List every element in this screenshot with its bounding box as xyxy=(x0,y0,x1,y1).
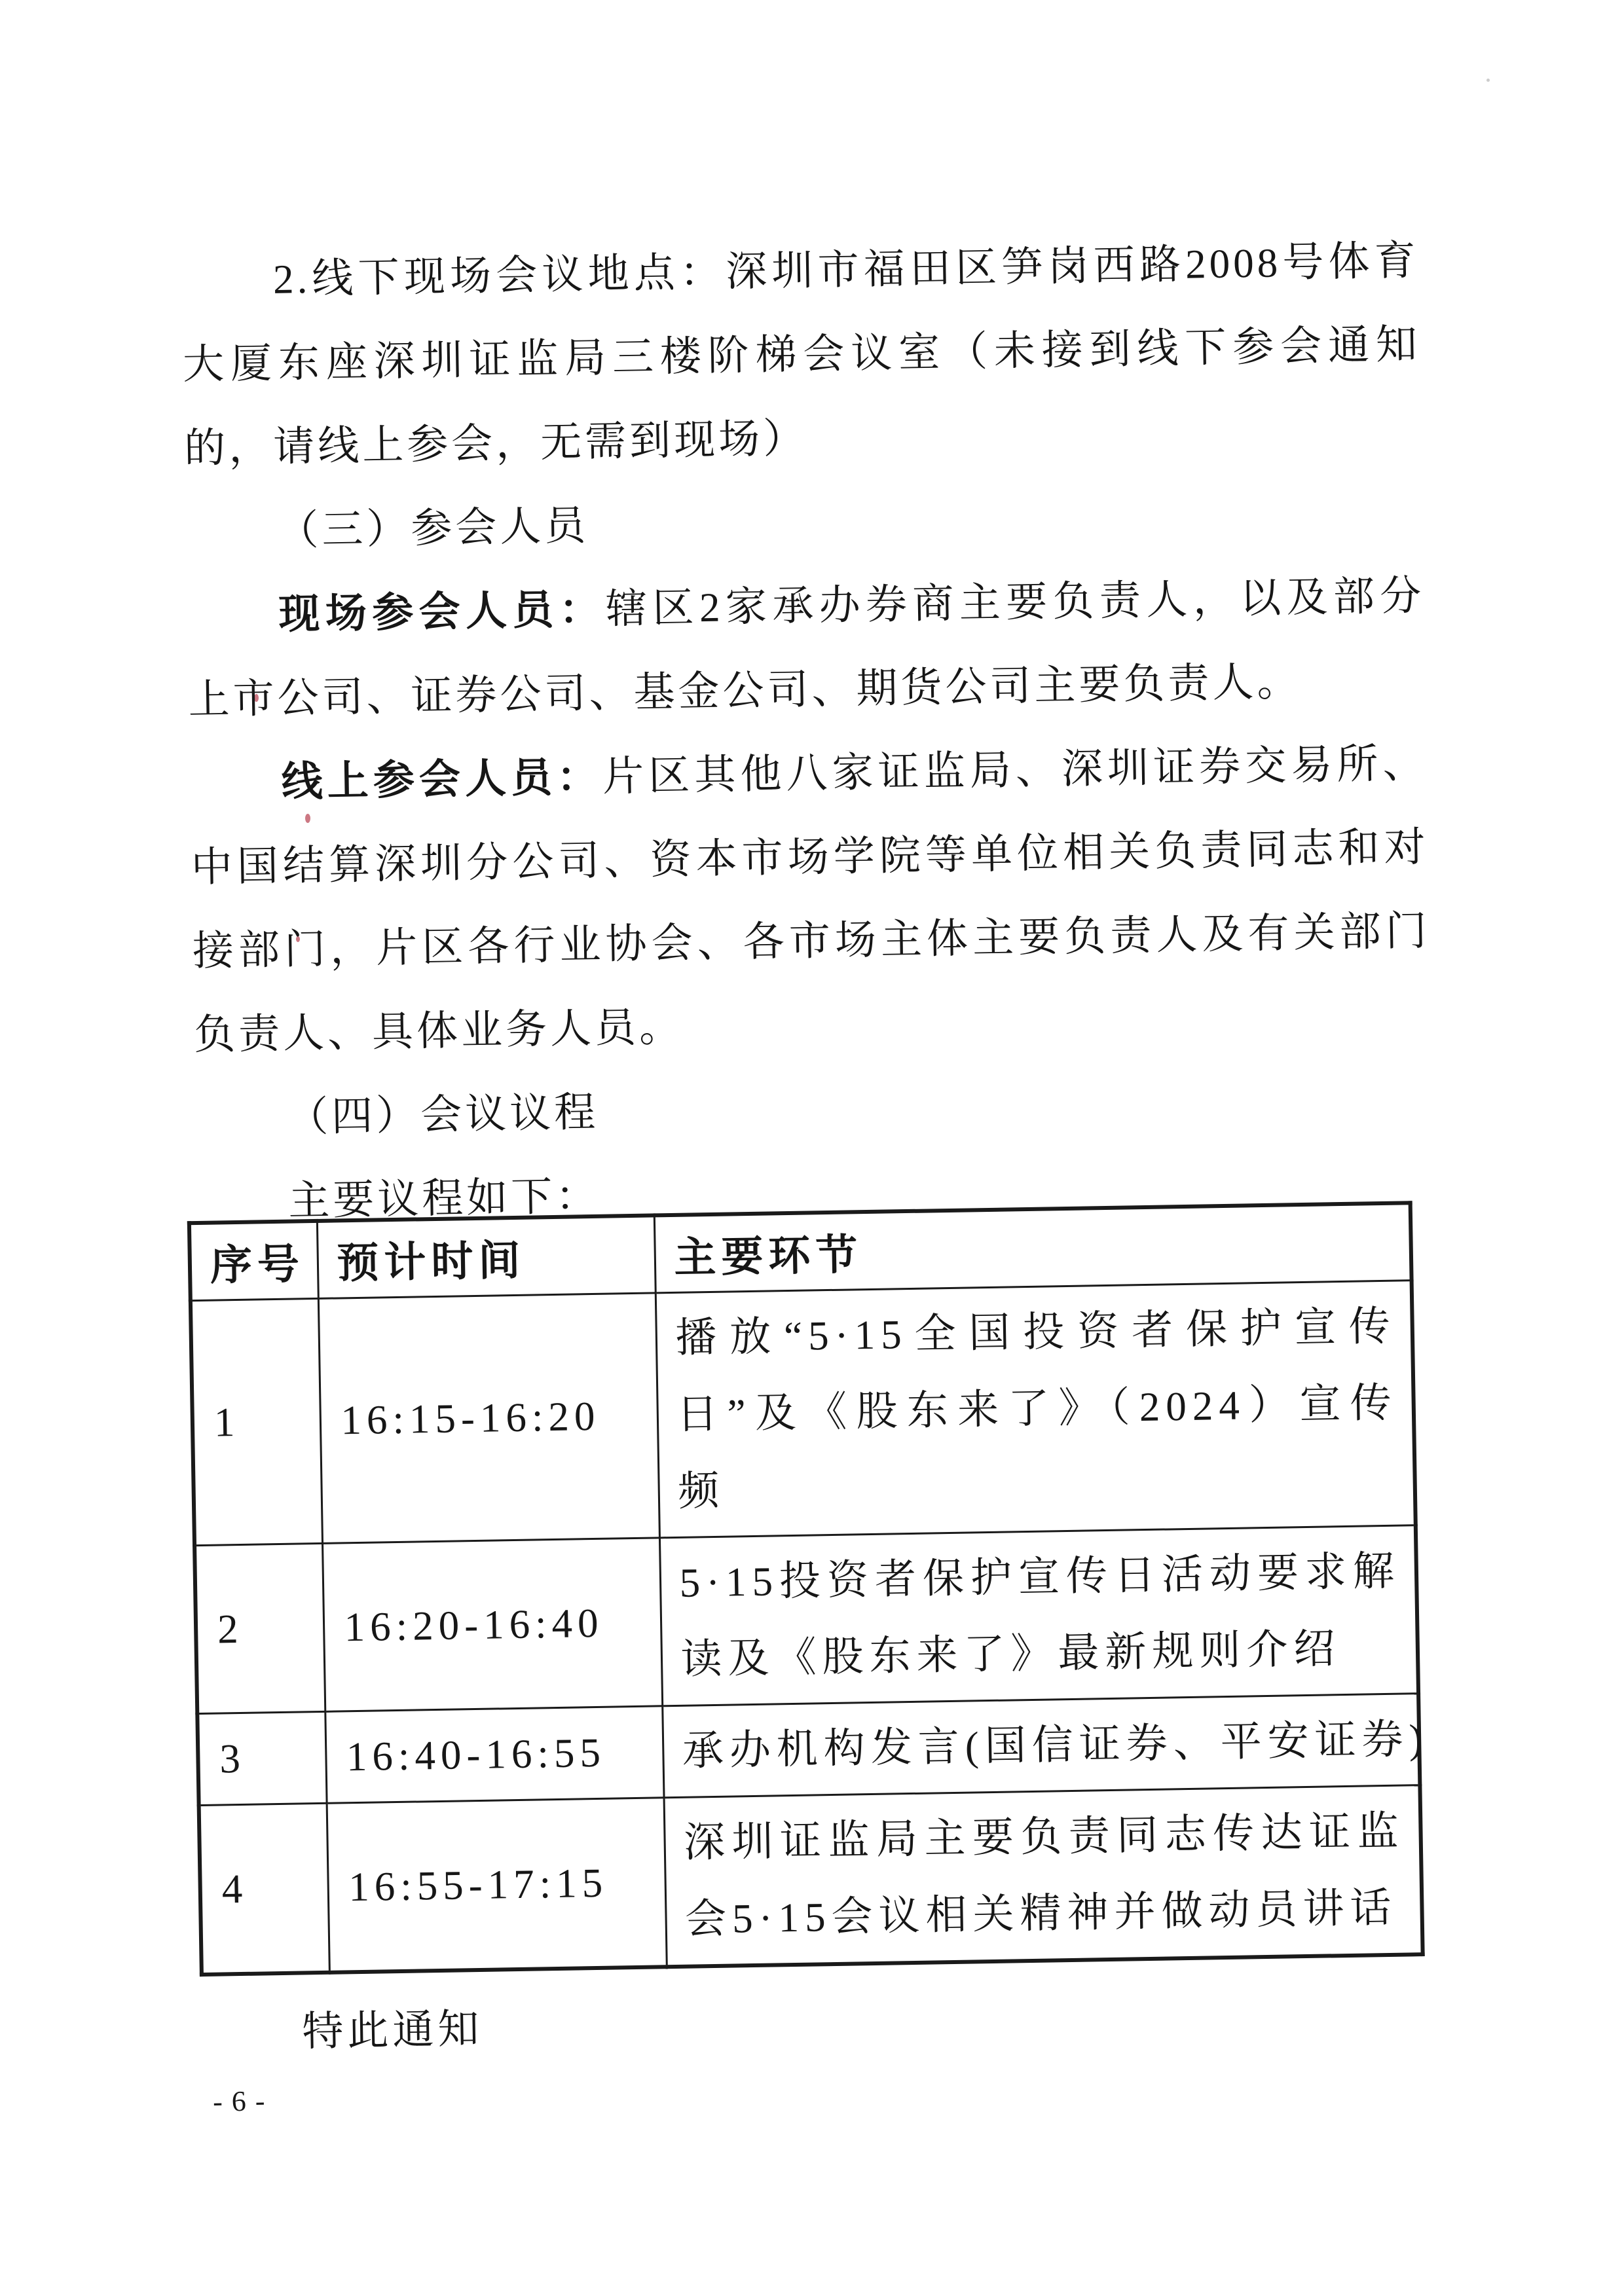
agenda-cell-item: 播放“5·15全国投资者保护宣传日”及《股东来了》（2024）宣传视频 xyxy=(655,1281,1416,1538)
agenda-row: 116:15-16:20播放“5·15全国投资者保护宣传日”及《股东来了》（20… xyxy=(191,1281,1416,1546)
agenda-item-line: 5·15投资者保护宣传日活动要求解 xyxy=(679,1533,1401,1622)
agenda-cell-time: 16:15-16:20 xyxy=(318,1293,659,1543)
body-line-bold-lead: 线上参会人员： xyxy=(281,754,603,805)
body-line-text: 2.线下现场会议地点：深圳市福田区笋岗西路2008号体育 xyxy=(272,238,1419,302)
page-number: -6- xyxy=(213,2084,274,2119)
agenda-header-no: 序号 xyxy=(189,1221,318,1301)
agenda-cell-no: 3 xyxy=(197,1711,326,1805)
body-line-text: 负责人、具体业务人员。 xyxy=(194,1004,684,1058)
agenda-row: 216:20-16:405·15投资者保护宣传日活动要求解读及《股东来了》最新规… xyxy=(194,1525,1418,1714)
body-line-text: 辖区2家承办券商主要负责人，以及部分 xyxy=(606,573,1425,632)
document-content: 2.线下现场会议地点：深圳市福田区笋岗西路2008号体育大厦东座深圳证监局三楼阶… xyxy=(181,219,1451,2236)
agenda-cell-item: 承办机构发言(国信证券、平安证券) xyxy=(662,1694,1420,1798)
agenda-item-line: 深圳证监局主要负责同志传达证监 xyxy=(683,1793,1405,1882)
agenda-cell-no: 1 xyxy=(191,1298,322,1545)
body-text: 2.线下现场会议地点：深圳市福田区笋岗西路2008号体育大厦东座深圳证监局三楼阶… xyxy=(181,219,1435,1245)
closing-line: 特此通知 xyxy=(302,1995,483,2058)
agenda-cell-item: 深圳证监局主要负责同志传达证监会5·15会议相关精神并做动员讲话 xyxy=(664,1785,1423,1967)
scanned-document-page: 2.线下现场会议地点：深圳市福田区笋岗西路2008号体育大厦东座深圳证监局三楼阶… xyxy=(0,0,1624,2296)
body-line-text: （四）会议议程 xyxy=(287,1089,599,1140)
body-line-text: 大厦东座深圳证监局三楼阶梯会议室（未接到线下参会通知 xyxy=(183,321,1421,388)
agenda-row: 416:55-17:15深圳证监局主要负责同志传达证监会5·15会议相关精神并做… xyxy=(199,1785,1423,1975)
body-line-text: 的，请线上参会，无需到现场） xyxy=(184,415,808,471)
body-line-text: 中国结算深圳分公司、资本市场学院等单位相关负责同志和对 xyxy=(191,824,1429,890)
agenda-item-line: 频 xyxy=(677,1442,1399,1530)
body-line-bold-lead: 现场参会人员： xyxy=(278,587,606,638)
scan-speck xyxy=(1486,79,1490,82)
agenda-item-line: 读及《股东来了》最新规则介绍 xyxy=(680,1610,1402,1698)
agenda-cell-time: 16:40-16:55 xyxy=(325,1706,663,1804)
agenda-item-line: 会5·15会议相关精神并做动员讲话 xyxy=(684,1870,1406,1958)
agenda-cell-no: 4 xyxy=(199,1803,329,1975)
agenda-item-line: 承办机构发言(国信证券、平安证券) xyxy=(682,1702,1403,1790)
agenda-cell-no: 2 xyxy=(194,1543,325,1713)
agenda-header-item: 主要环节 xyxy=(654,1203,1412,1293)
body-line-text: 接部门，片区各行业协会、各市场主体主要负责人及有关部门 xyxy=(192,908,1430,974)
agenda-header-time: 预计时间 xyxy=(317,1215,655,1298)
body-line-text: 上市公司、证券公司、基金公司、期货公司主要负责人。 xyxy=(188,659,1302,723)
agenda-item-line: 播放“5·15全国投资者保护宣传 xyxy=(674,1288,1396,1377)
body-line-text: （三）参会人员 xyxy=(277,503,589,554)
agenda-item-line: 日”及《股东来了》（2024）宣传视 xyxy=(676,1365,1397,1453)
body-line-text: 片区其他八家证监局、深圳证券交易所、 xyxy=(602,740,1428,800)
agenda-cell-time: 16:20-16:40 xyxy=(322,1538,662,1712)
agenda-cell-item: 5·15投资者保护宣传日活动要求解读及《股东来了》最新规则介绍 xyxy=(659,1525,1418,1706)
agenda-table: 序号 预计时间 主要环节 116:15-16:20播放“5·15全国投资者保护宣… xyxy=(187,1201,1425,1977)
agenda-cell-time: 16:55-17:15 xyxy=(327,1798,667,1973)
